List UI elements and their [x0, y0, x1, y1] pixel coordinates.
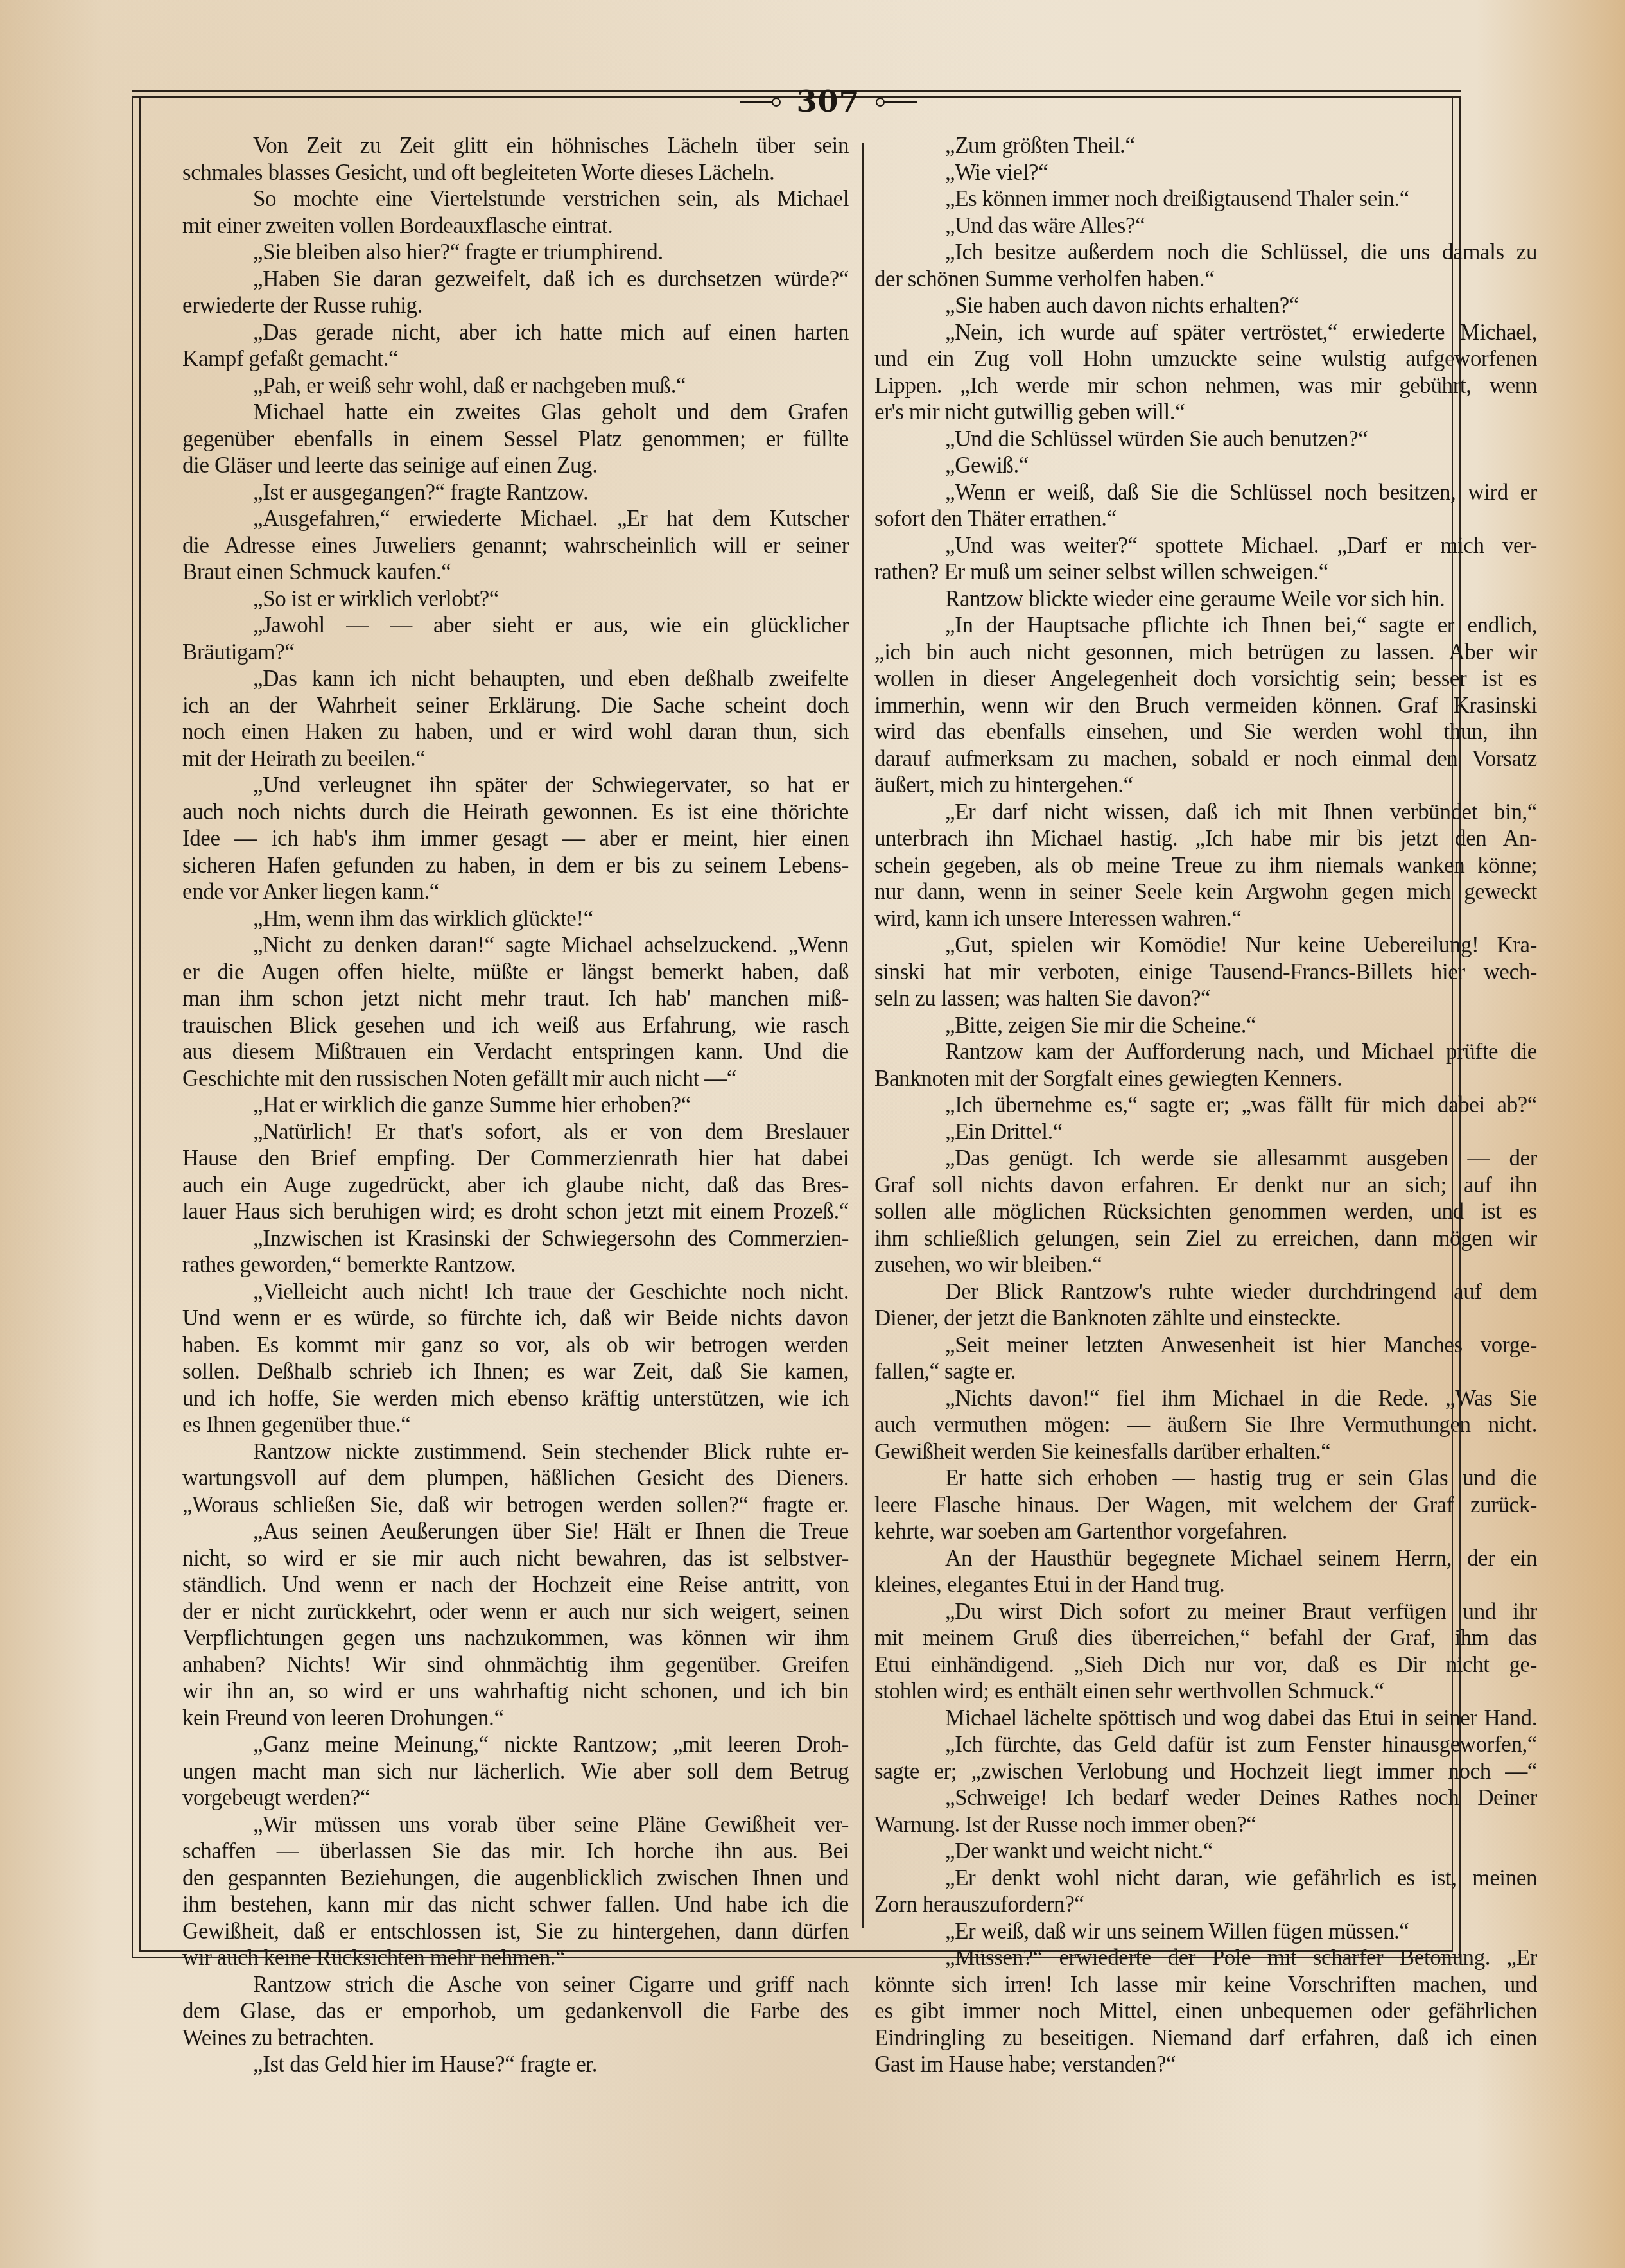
text-line: „Wie viel?“ [874, 159, 1537, 186]
text-line: mit einer zweiten vollen Bordeauxflasche… [182, 213, 849, 240]
text-line: auch vermuthen mögen: — äußern Sie Ihre … [874, 1411, 1537, 1438]
text-line: ständlich. Und wenn er nach der Hochzeit… [182, 1571, 849, 1598]
text-line: haben. Es kommt mir ganz so vor, als ob … [182, 1332, 849, 1359]
text-line: rathen? Er muß um seiner selbst willen s… [874, 559, 1537, 586]
text-line: lauer Haus sich beruhigen wird; es droht… [182, 1198, 849, 1225]
text-line: „Ganz meine Meinung,“ nickte Rantzow; „m… [182, 1731, 849, 1758]
text-line: schmales blasses Gesicht, und oft beglei… [182, 159, 849, 186]
text-line: „Ich fürchte, das Geld dafür ist zum Fen… [874, 1731, 1537, 1758]
text-line: „Natürlich! Er that's sofort, als er von… [182, 1119, 849, 1146]
text-line: „Sie haben auch davon nichts erhalten?“ [874, 292, 1537, 319]
text-line: „Er denkt wohl nicht daran, wie gefährli… [874, 1865, 1537, 1892]
text-line: wartungsvoll auf dem plumpen, häßlichen … [182, 1465, 849, 1492]
text-line: „Es können immer noch dreißigtausend Tha… [874, 186, 1537, 213]
text-line: sagte er; „zwischen Verlobung und Hochze… [874, 1758, 1537, 1785]
text-line: „Zum größten Theil.“ [874, 132, 1537, 159]
text-line: schein gegeben, als ob meine Treue zu ih… [874, 852, 1537, 879]
text-line: Rantzow strich die Asche von seiner Ciga… [182, 1971, 849, 1998]
text-line: immerhin, wenn wir den Bruch vermeiden k… [874, 692, 1537, 719]
text-line: „Nicht zu denken daran!“ sagte Michael a… [182, 932, 849, 959]
text-line: „Seit meiner letzten Anwesenheit ist hie… [874, 1332, 1537, 1359]
text-line: „Du wirst Dich sofort zu meiner Braut ve… [874, 1598, 1537, 1625]
text-line: „Hm, wenn ihm das wirklich glückte!“ [182, 905, 849, 932]
text-line: Michael lächelte spöttisch und wog dabei… [874, 1705, 1537, 1732]
page-header: 307 [681, 82, 976, 121]
text-line: Der Blick Rantzow's ruhte wieder durchdr… [874, 1278, 1537, 1305]
text-line: Warnung. Ist der Russe noch immer oben?“ [874, 1811, 1537, 1838]
text-line: Bräutigam?“ [182, 639, 849, 666]
text-line: „Ist er ausgegangen?“ fragte Rantzow. [182, 479, 849, 506]
text-line: die Gläser und leerte das seinige auf ei… [182, 452, 849, 479]
text-line: Gast im Hause habe; verstanden?“ [874, 2051, 1537, 2078]
text-line: aus diesem Mißtrauen ein Verdacht entspr… [182, 1038, 849, 1065]
text-line: wird das ebenfalls einsehen, und Sie wer… [874, 719, 1537, 746]
text-line: gegenüber ebenfalls in einem Sessel Plat… [182, 426, 849, 453]
text-line: Gewißheit, daß er entschlossen ist, Sie … [182, 1918, 849, 1945]
text-line: „In der Hauptsache pflichte ich Ihnen be… [874, 612, 1537, 639]
text-line: der schönen Summe verholfen haben.“ [874, 266, 1537, 293]
text-line: „Inzwischen ist Krasinski der Schwiegers… [182, 1225, 849, 1252]
text-line: zusehen, wo wir bleiben.“ [874, 1252, 1537, 1278]
text-line: Verpflichtungen gegen uns nachzukommen, … [182, 1625, 849, 1652]
text-line: „Ausgefahren,“ erwiederte Michael. „Er h… [182, 505, 849, 532]
text-line: „ich bin auch nicht gesonnen, mich betrü… [874, 639, 1537, 666]
text-line: „Das kann ich nicht behaupten, und eben … [182, 665, 849, 692]
text-line: „Woraus schließen Sie, daß wir betrogen … [182, 1492, 849, 1519]
text-line: Gewißheit werden Sie keinesfalls darüber… [874, 1438, 1537, 1465]
text-line: Rantzow nickte zustimmend. Sein stechend… [182, 1438, 849, 1465]
text-line: „Er darf nicht wissen, daß ich mit Ihnen… [874, 799, 1537, 826]
text-line: sollen alle möglichen Rücksichten genomm… [874, 1198, 1537, 1225]
text-line: ungen macht man sich nur lächerlich. Wie… [182, 1758, 849, 1785]
text-line: wollen in dieser Angelegenheit doch vors… [874, 665, 1537, 692]
text-line: Weines zu betrachten. [182, 2025, 849, 2052]
text-column-right: „Zum größten Theil.“„Wie viel?“„Es könne… [874, 132, 1537, 2078]
text-line: „Gut, spielen wir Komödie! Nur keine Ueb… [874, 932, 1537, 959]
column-divider [862, 143, 864, 1928]
text-line: „Ich besitze außerdem noch die Schlüssel… [874, 239, 1537, 266]
text-line: „Schweige! Ich bedarf weder Deines Rathe… [874, 1784, 1537, 1811]
text-line: sollen. Deßhalb schrieb ich Ihnen; es wa… [182, 1358, 849, 1385]
text-line: „Wir müssen uns vorab über seine Pläne G… [182, 1811, 849, 1838]
text-line: „Das gerade nicht, aber ich hatte mich a… [182, 319, 849, 346]
text-line: „Pah, er weiß sehr wohl, daß er nachgebe… [182, 372, 849, 399]
text-line: „Müssen?“ erwiederte der Pole mit scharf… [874, 1944, 1537, 1971]
text-line: mit der Heirath zu beeilen.“ [182, 746, 849, 772]
text-line: äußert, mich zu hintergehen.“ [874, 772, 1537, 799]
text-line: „Und das wäre Alles?“ [874, 213, 1537, 240]
ornament-right-icon [883, 101, 917, 103]
text-line: Von Zeit zu Zeit glitt ein höhnisches Lä… [182, 132, 849, 159]
text-line: es gibt immer noch Mittel, einen unbeque… [874, 1998, 1537, 2025]
text-line: auch noch nichts durch die Heirath gewon… [182, 799, 849, 826]
text-line: „Er weiß, daß wir uns seinem Willen füge… [874, 1918, 1537, 1945]
text-line: der er nicht zurückkehrt, oder wenn er a… [182, 1598, 849, 1625]
text-line: und ich hoffe, Sie werden mich ebenso kr… [182, 1385, 849, 1412]
text-line: Eindringling zu beseitigen. Niemand darf… [874, 2025, 1537, 2052]
text-line: seln zu lassen; was halten Sie davon?“ [874, 985, 1537, 1012]
text-line: nur dann, wenn in seiner Seele kein Argw… [874, 878, 1537, 905]
text-line: „Ich übernehme es,“ sagte er; „was fällt… [874, 1092, 1537, 1119]
text-line: Michael hatte ein zweites Glas geholt un… [182, 399, 849, 426]
page-number: 307 [796, 84, 860, 119]
text-line: trauischen Blick gesehen und ich weiß au… [182, 1012, 849, 1039]
text-line: anhaben? Nichts! Wir sind ohnmächtig ihm… [182, 1652, 849, 1679]
text-line: die Adresse eines Juweliers genannt; wah… [182, 532, 849, 559]
text-line: sinski hat mir verboten, einige Tausend-… [874, 959, 1537, 986]
text-line: auch ein Auge zugedrückt, aber ich glaub… [182, 1172, 849, 1199]
text-line: und ein Zug voll Hohn umzuckte seine wul… [874, 345, 1537, 372]
text-line: Hause den Brief empfing. Der Commerzienr… [182, 1145, 849, 1172]
text-line: Er hatte sich erhoben — hastig trug er s… [874, 1465, 1537, 1492]
text-line: Graf soll nichts davon erfahren. Er denk… [874, 1172, 1537, 1199]
text-line: Kampf gefaßt gemacht.“ [182, 345, 849, 372]
text-line: sofort den Thäter errathen.“ [874, 505, 1537, 532]
text-line: „Der wankt und weicht nicht.“ [874, 1838, 1537, 1865]
text-line: Rantzow blickte wieder eine geraume Weil… [874, 586, 1537, 613]
text-line: „Nichts davon!“ fiel ihm Michael in die … [874, 1385, 1537, 1412]
text-line: darauf aufmerksam zu machen, sobald er n… [874, 746, 1537, 772]
text-line: Lippen. „Ich werde mir schon nehmen, was… [874, 372, 1537, 399]
text-line: „Ein Drittel.“ [874, 1119, 1537, 1146]
text-line: Rantzow kam der Aufforderung nach, und M… [874, 1038, 1537, 1065]
text-line: „Ist das Geld hier im Hause?“ fragte er. [182, 2051, 849, 2078]
text-line: sicheren Hafen gefunden zu haben, in dem… [182, 852, 849, 879]
text-line: „So ist er wirklich verlobt?“ [182, 586, 849, 613]
text-line: kein Freund von leeren Drohungen.“ [182, 1705, 849, 1732]
text-line: An der Hausthür begegnete Michael seinem… [874, 1545, 1537, 1572]
text-line: wird, kann ich unsere Interessen wahren.… [874, 905, 1537, 932]
text-line: ihm schließlich gelungen, sein Ziel zu e… [874, 1225, 1537, 1252]
text-line: „Nein, ich wurde auf später vertröstet,“… [874, 319, 1537, 346]
text-line: Braut einen Schmuck kaufen.“ [182, 559, 849, 586]
text-line: „Und die Schlüssel würden Sie auch benut… [874, 426, 1537, 453]
text-line: Zorn herauszufordern?“ [874, 1891, 1537, 1918]
text-line: „Bitte, zeigen Sie mir die Scheine.“ [874, 1012, 1537, 1039]
text-line: Banknoten mit der Sorgfalt eines gewiegt… [874, 1065, 1537, 1092]
text-line: er die Augen offen hielte, müßte er läng… [182, 959, 849, 986]
text-line: „Das genügt. Ich werde sie allesammt aus… [874, 1145, 1537, 1172]
text-line: vorgebeugt werden?“ [182, 1784, 849, 1811]
text-line: Etui einhändigend. „Sieh Dich nur vor, d… [874, 1652, 1537, 1679]
text-line: „Aus seinen Aeußerungen über Sie! Hält e… [182, 1518, 849, 1545]
text-line: ihm bestehen, kann mir das nicht schwer … [182, 1891, 849, 1918]
text-line: stohlen wird; es enthält einen sehr wert… [874, 1678, 1537, 1705]
text-line: könnte sich irren! Ich lasse mir keine V… [874, 1971, 1537, 1998]
text-line: „Gewiß.“ [874, 452, 1537, 479]
text-line: rathes geworden,“ bemerkte Rantzow. [182, 1252, 849, 1278]
text-line: ich an der Wahrheit seiner Erklärung. Di… [182, 692, 849, 719]
text-line: „Hat er wirklich die ganze Summe hier er… [182, 1092, 849, 1119]
text-line: „Jawohl — — aber sieht er aus, wie ein g… [182, 612, 849, 639]
text-line: den gespannten Beziehungen, die augenbli… [182, 1865, 849, 1892]
text-line: unterbrach ihn Michael hastig. „Ich habe… [874, 825, 1537, 852]
text-line: Und wenn er es würde, so fürchte ich, da… [182, 1305, 849, 1332]
text-line: „Und verleugnet ihn später der Schwieger… [182, 772, 849, 799]
text-line: „Wenn er weiß, daß Sie die Schlüssel noc… [874, 479, 1537, 506]
text-line: „Haben Sie daran gezweifelt, daß ich es … [182, 266, 849, 293]
text-line: ende vor Anker liegen kann.“ [182, 878, 849, 905]
text-line: fallen,“ sagte er. [874, 1358, 1537, 1385]
text-line: Diener, der jetzt die Banknoten zählte u… [874, 1305, 1537, 1332]
text-line: wir auch keine Rücksichten mehr nehmen.“ [182, 1944, 849, 1971]
text-line: erwiederte der Russe ruhig. [182, 292, 849, 319]
ornament-left-icon [740, 101, 773, 103]
text-line: nicht, so wird er sie mir auch nicht bew… [182, 1545, 849, 1572]
text-line: „Vielleicht auch nicht! Ich traue der Ge… [182, 1278, 849, 1305]
text-line: kleines, elegantes Etui in der Hand trug… [874, 1571, 1537, 1598]
text-line: Idee — ich hab's ihm immer gesagt — aber… [182, 825, 849, 852]
text-line: So mochte eine Viertelstunde verstrichen… [182, 186, 849, 213]
text-line: „Und was weiter?“ spottete Michael. „Dar… [874, 532, 1537, 559]
text-line: leere Flasche hinaus. Der Wagen, mit wel… [874, 1492, 1537, 1519]
text-column-left: Von Zeit zu Zeit glitt ein höhnisches Lä… [182, 132, 849, 2078]
text-line: noch einen Haken zu haben, und er wird w… [182, 719, 849, 746]
text-line: es Ihnen gegenüber thue.“ [182, 1411, 849, 1438]
text-line: dem Glase, das er emporhob, um gedankenv… [182, 1998, 849, 2025]
text-line: schaffen — überlassen Sie das mir. Ich h… [182, 1838, 849, 1865]
text-line: wir ihn an, so wird er uns wahrhaftig ni… [182, 1678, 849, 1705]
text-line: man ihm schon jetzt nicht mehr traut. Ic… [182, 985, 849, 1012]
text-line: kehrte, war soeben am Gartenthor vorgefa… [874, 1518, 1537, 1545]
text-line: „Sie bleiben also hier?“ fragte er trium… [182, 239, 849, 266]
text-line: mit meinem Gruß dies überreichen,“ befah… [874, 1625, 1537, 1652]
text-line: Geschichte mit den russischen Noten gefä… [182, 1065, 849, 1092]
text-line: er's mir nicht gutwillig geben will.“ [874, 399, 1537, 426]
